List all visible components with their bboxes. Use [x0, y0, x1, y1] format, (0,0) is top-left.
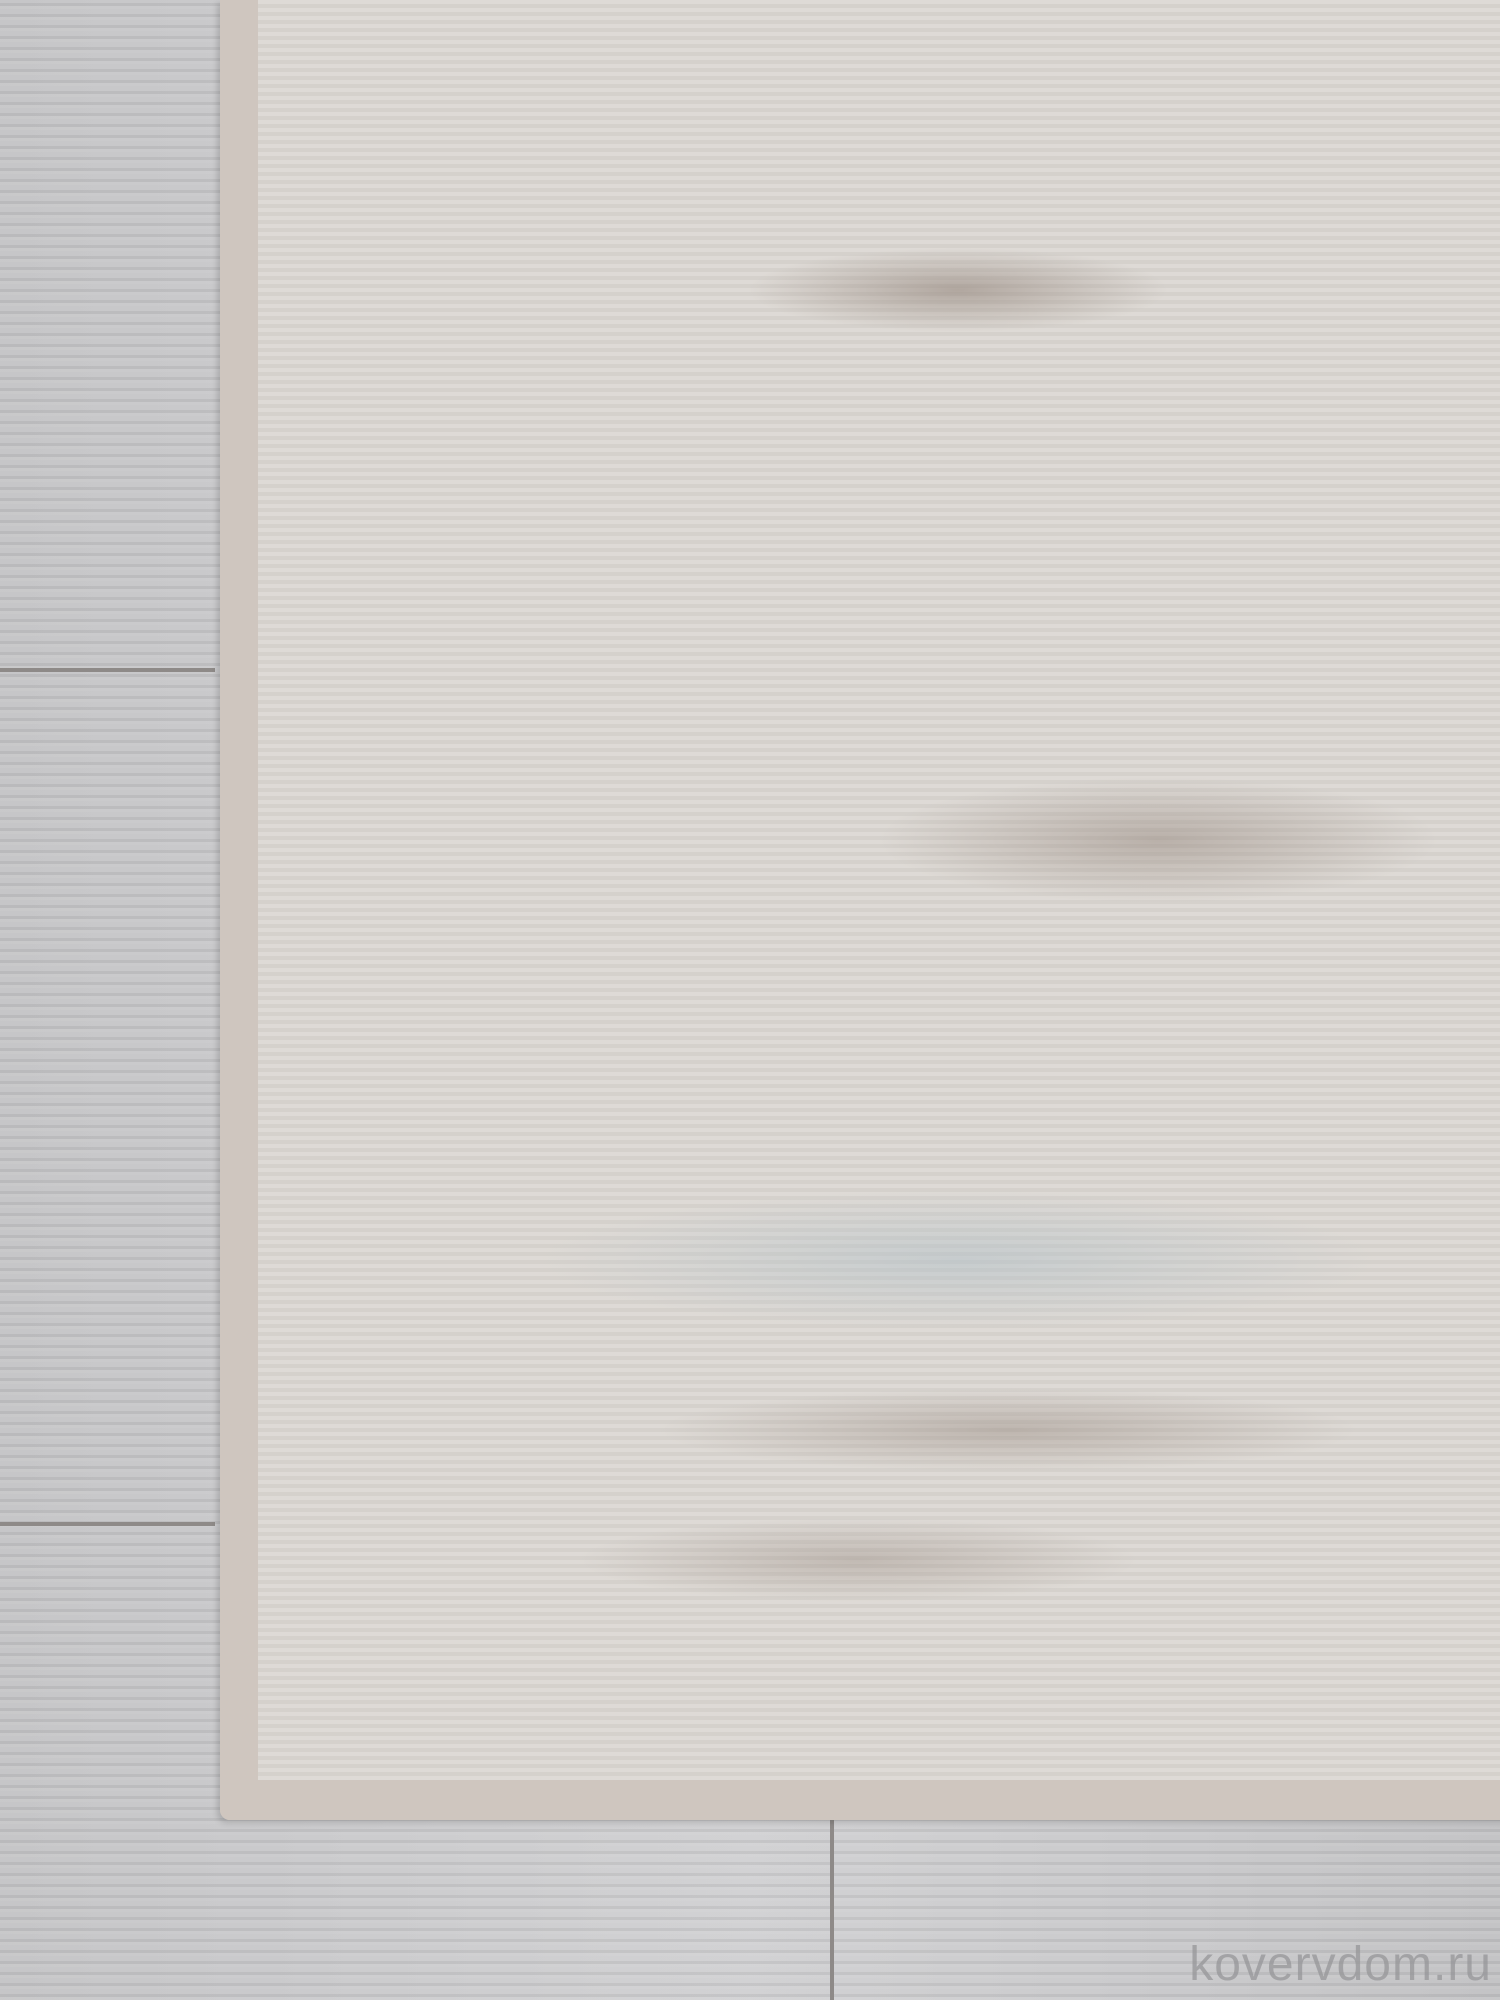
rug-corner [220, 0, 1500, 1820]
floor-seam [0, 1522, 215, 1526]
floor-seam [0, 668, 215, 672]
rug-pattern-field [258, 0, 1500, 1780]
watermark: kovervdom.ru [1189, 1937, 1492, 1992]
